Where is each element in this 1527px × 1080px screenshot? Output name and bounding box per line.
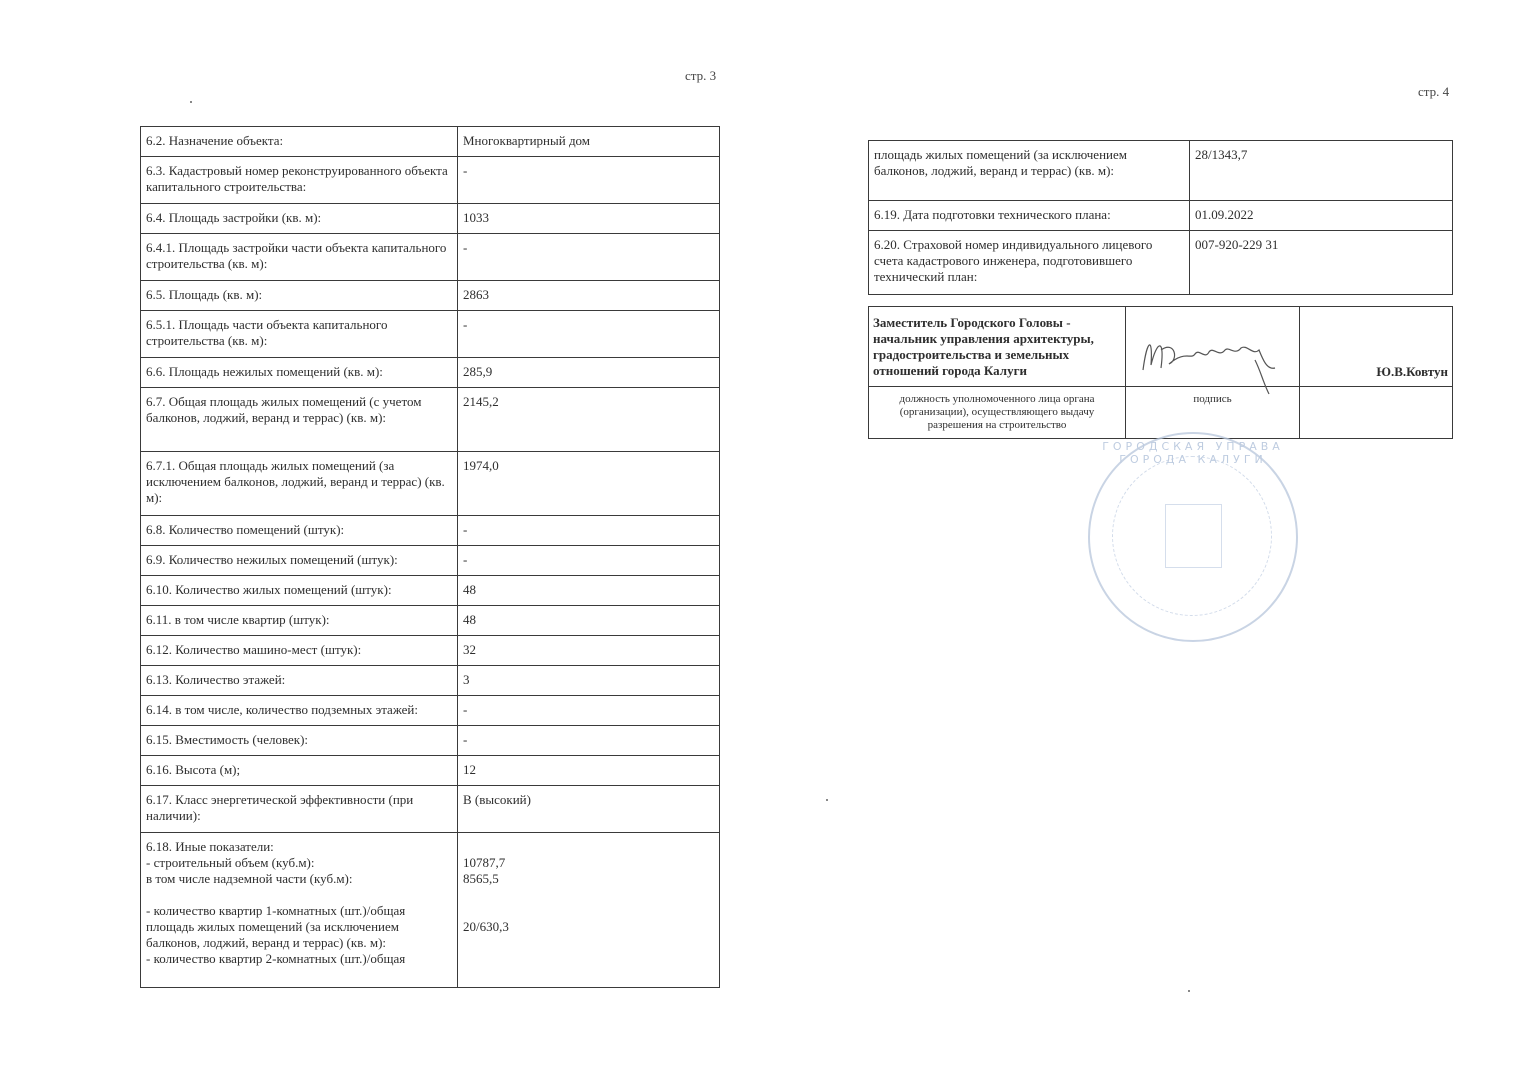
row-value: 12 (458, 756, 720, 786)
row-label: 6.7.1. Общая площадь жилых помещений (за… (141, 452, 458, 516)
table-row: 6.19. Дата подготовки технического плана… (869, 201, 1453, 231)
row-value: 48 (458, 576, 720, 606)
empty-cell (1300, 387, 1453, 439)
row-value: 2145,2 (458, 388, 720, 452)
row-label: 6.2. Назначение объекта: (141, 127, 458, 157)
row-label: 6.4. Площадь застройки (кв. м): (141, 204, 458, 234)
row-value: Многоквартирный дом (458, 127, 720, 157)
row-label: 6.8. Количество помещений (штук): (141, 516, 458, 546)
table-row: 6.4. Площадь застройки (кв. м):1033 (141, 204, 720, 234)
page-number-left: стр. 3 (685, 68, 716, 84)
official-stamp: ГОРОДСКАЯ УПРАВА ГОРОДА КАЛУГИ (1088, 432, 1298, 642)
table-row: 6.5. Площадь (кв. м):2863 (141, 281, 720, 311)
coat-of-arms-icon (1165, 504, 1222, 568)
row-label: 6.5.1. Площадь части объекта капитальног… (141, 311, 458, 358)
row-label: 6.13. Количество этажей: (141, 666, 458, 696)
table-row: 6.9. Количество нежилых помещений (штук)… (141, 546, 720, 576)
row-label: 6.10. Количество жилых помещений (штук): (141, 576, 458, 606)
handwritten-signature-icon (1135, 320, 1285, 400)
row-label: 6.6. Площадь нежилых помещений (кв. м): (141, 358, 458, 388)
row-value: 1033 (458, 204, 720, 234)
table-row: 6.2. Назначение объекта:Многоквартирный … (141, 127, 720, 157)
table-row: 6.12. Количество машино-мест (штук):32 (141, 636, 720, 666)
position-caption: должность уполномоченного лица органа (о… (869, 387, 1126, 439)
table-row: 6.17. Класс энергетической эффективности… (141, 786, 720, 833)
row-value: 285,9 (458, 358, 720, 388)
row-value: 32 (458, 636, 720, 666)
stamp-text: ГОРОДСКАЯ УПРАВА ГОРОДА КАЛУГИ (1090, 440, 1296, 466)
table-row: 6.14. в том числе, количество подземных … (141, 696, 720, 726)
row-label: 6.9. Количество нежилых помещений (штук)… (141, 546, 458, 576)
row-value: - (458, 516, 720, 546)
table-row: 6.7.1. Общая площадь жилых помещений (за… (141, 452, 720, 516)
row-value: - (458, 696, 720, 726)
building-parameters-table-continued: площадь жилых помещений (за исключением … (868, 140, 1453, 295)
row-value: 007-920-229 31 (1190, 231, 1453, 295)
table-row: 6.5.1. Площадь части объекта капитальног… (141, 311, 720, 358)
row-label: 6.17. Класс энергетической эффективности… (141, 786, 458, 833)
row-value: 2863 (458, 281, 720, 311)
row-value: - (458, 546, 720, 576)
table-row: 6.8. Количество помещений (штук):- (141, 516, 720, 546)
scan-speck (190, 101, 192, 103)
row-label: 6.7. Общая площадь жилых помещений (с уч… (141, 388, 458, 452)
row-label: 6.19. Дата подготовки технического плана… (869, 201, 1190, 231)
table-row: 6.11. в том числе квартир (штук):48 (141, 606, 720, 636)
table-row: площадь жилых помещений (за исключением … (869, 141, 1453, 201)
row-label: площадь жилых помещений (за исключением … (869, 141, 1190, 201)
row-label: 6.3. Кадастровый номер реконструированно… (141, 157, 458, 204)
table-row: 6.10. Количество жилых помещений (штук):… (141, 576, 720, 606)
row-value: - (458, 157, 720, 204)
table-row: 6.7. Общая площадь жилых помещений (с уч… (141, 388, 720, 452)
row-value: 10787,7 8565,5 20/630,3 (458, 833, 720, 988)
table-row: 6.20. Страховой номер индивидуального ли… (869, 231, 1453, 295)
table-row: 6.15. Вместимость (человек):- (141, 726, 720, 756)
row-label: 6.4.1. Площадь застройки части объекта к… (141, 234, 458, 281)
scan-speck (826, 799, 828, 801)
scan-speck (1188, 990, 1190, 992)
row-value: 1974,0 (458, 452, 720, 516)
row-label: 6.18. Иные показатели: - строительный об… (141, 833, 458, 988)
table-row: 6.3. Кадастровый номер реконструированно… (141, 157, 720, 204)
table-row: 6.6. Площадь нежилых помещений (кв. м):2… (141, 358, 720, 388)
row-label: 6.16. Высота (м); (141, 756, 458, 786)
table-row: 6.18. Иные показатели: - строительный об… (141, 833, 720, 988)
row-label: 6.15. Вместимость (человек): (141, 726, 458, 756)
row-value: - (458, 311, 720, 358)
row-label: 6.12. Количество машино-мест (штук): (141, 636, 458, 666)
row-value: В (высокий) (458, 786, 720, 833)
building-parameters-table: 6.2. Назначение объекта:Многоквартирный … (140, 126, 720, 988)
row-value: 28/1343,7 (1190, 141, 1453, 201)
row-value: - (458, 726, 720, 756)
row-label: 6.20. Страховой номер индивидуального ли… (869, 231, 1190, 295)
row-label: 6.11. в том числе квартир (штук): (141, 606, 458, 636)
row-value: 3 (458, 666, 720, 696)
official-position: Заместитель Городского Головы - начальни… (869, 307, 1126, 387)
row-value: 01.09.2022 (1190, 201, 1453, 231)
table-row: 6.13. Количество этажей:3 (141, 666, 720, 696)
page-number-right: стр. 4 (1418, 84, 1449, 100)
table-row: 6.16. Высота (м);12 (141, 756, 720, 786)
official-name: Ю.В.Ковтун (1300, 307, 1453, 387)
row-value: 48 (458, 606, 720, 636)
row-value: - (458, 234, 720, 281)
row-label: 6.5. Площадь (кв. м): (141, 281, 458, 311)
row-label: 6.14. в том числе, количество подземных … (141, 696, 458, 726)
table-row: 6.4.1. Площадь застройки части объекта к… (141, 234, 720, 281)
